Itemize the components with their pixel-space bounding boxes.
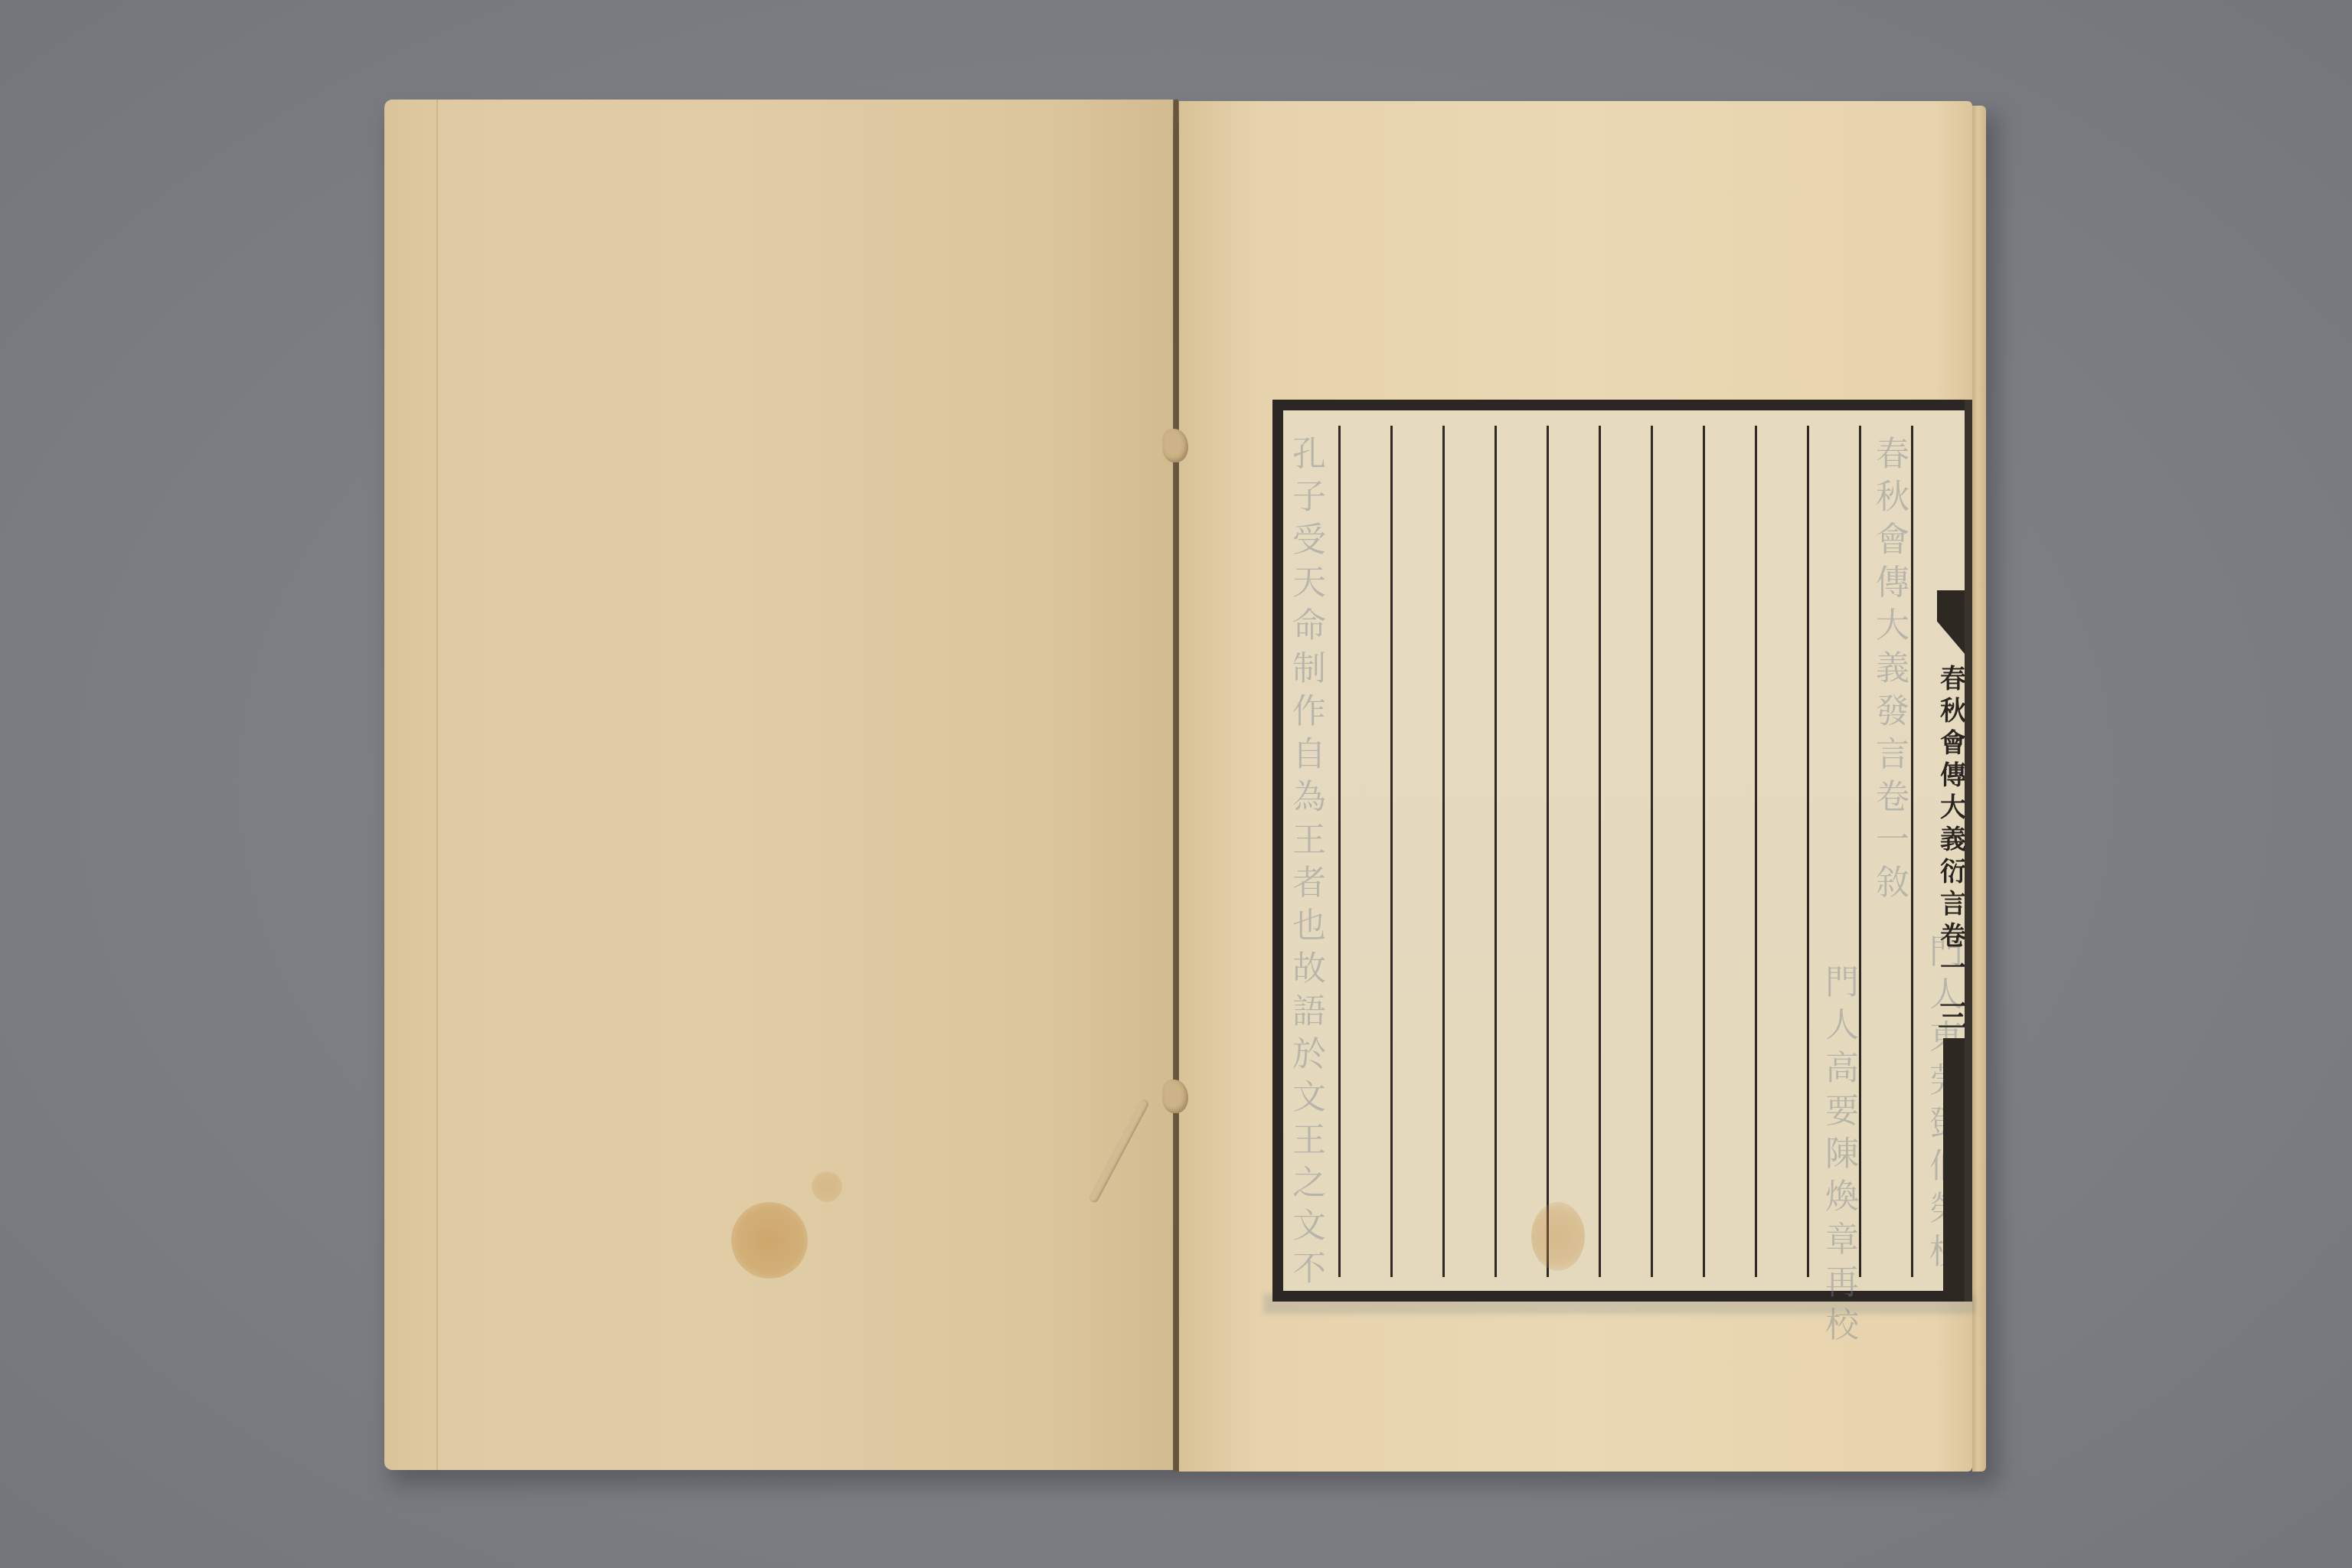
ghost-text-column: 春秋會傳大義發言卷一敘	[1873, 433, 1913, 905]
text-block-edge	[1972, 106, 1986, 1472]
book-spine	[1174, 100, 1178, 1472]
column-rule	[1547, 426, 1549, 1277]
paper-twist-lower	[1162, 1080, 1188, 1113]
column-rule	[1755, 426, 1757, 1277]
column-rule	[1390, 426, 1393, 1277]
foxing-stain	[731, 1202, 808, 1279]
ghost-text-column: 門人高要陳煥章再校	[1822, 962, 1862, 1347]
column-rule	[1703, 426, 1705, 1277]
foxing-stain-right	[1531, 1202, 1585, 1271]
column-rule	[1442, 426, 1445, 1277]
column-rule	[1651, 426, 1653, 1277]
foxing-stain-small	[812, 1171, 842, 1202]
column-rule	[1338, 426, 1341, 1277]
printed-frame: 孔子受天命制作自為王者也故語於文王之文不 春秋會傳大義發言卷一敘 門人東莞鄧伯榮…	[1272, 400, 1969, 1302]
frame-right-edge	[1965, 400, 1972, 1302]
left-page-fold-line	[436, 100, 438, 1470]
column-rule	[1599, 426, 1601, 1277]
column-rule	[1494, 426, 1497, 1277]
ghost-text-column: 孔子受天命制作自為王者也故語於文王之文不	[1289, 433, 1329, 1291]
paper-twist-upper	[1162, 429, 1188, 462]
column-rule	[1807, 426, 1809, 1277]
